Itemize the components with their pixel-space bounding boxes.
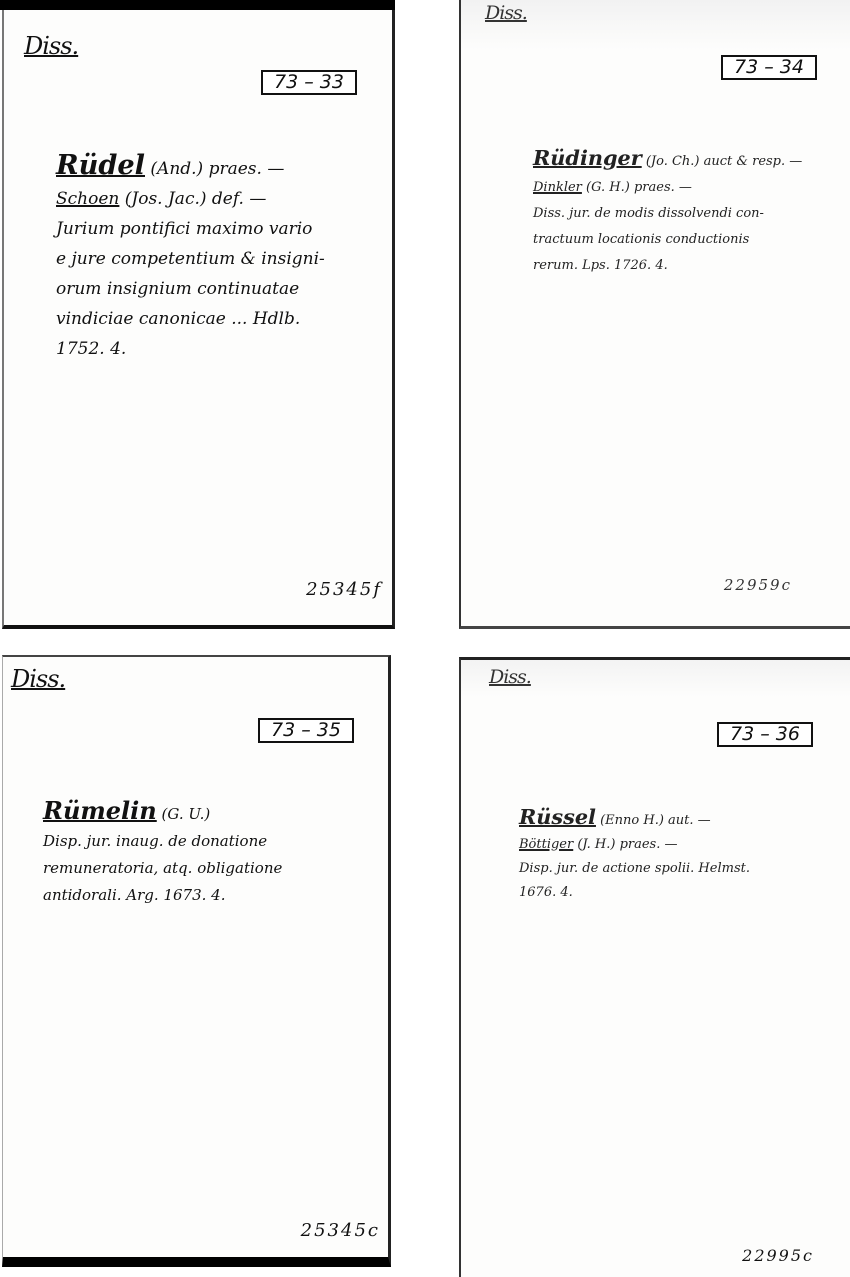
title-line: Disp. jur. de actione spolii. Helmst. (519, 857, 750, 881)
praeses-details: (J. H.) praes. — (573, 837, 677, 852)
category-label: Diss. (485, 2, 527, 24)
imprint-line: antidorali. Arg. 1673. 4. (43, 882, 282, 909)
author-details: (And.) praes. — (145, 159, 284, 179)
category-label: Diss. (489, 666, 531, 688)
title-line: tractuum locationis conductionis (533, 227, 802, 253)
catalog-card-73-34: Diss. 73 – 34 Rüdinger (Jo. Ch.) auct & … (459, 0, 850, 629)
entry-line-1: Rüssel (Enno H.) aut. — (519, 805, 750, 833)
author-details: (G. U.) (157, 805, 211, 823)
scan-top-edge (0, 0, 395, 10)
accession-number: 25345f (306, 579, 382, 600)
title-line: Jurium pontifici maximo vario (56, 214, 325, 244)
author-details: (Jo. Ch.) auct & resp. — (642, 154, 803, 169)
author-name: Rüdel (56, 149, 145, 181)
category-label: Diss. (24, 32, 78, 60)
entry-line-2: Böttiger (J. H.) praes. — (519, 833, 750, 857)
catalog-card-73-35: Diss. 73 – 35 Rümelin (G. U.) Disp. jur.… (2, 655, 391, 1267)
entry-line-2: Schoen (Jos. Jac.) def. — (56, 184, 325, 214)
respondent-details: (Jos. Jac.) def. — (119, 189, 266, 209)
category-label: Diss. (11, 665, 65, 693)
accession-number: 22959c (724, 576, 792, 594)
catalog-card-73-36: Diss. 73 – 36 Rüssel (Enno H.) aut. — Bö… (459, 657, 850, 1277)
author-name: Rüdinger (533, 145, 642, 170)
title-line: e jure competentium & insigni- (56, 244, 325, 274)
shelfmark-box: 73 – 36 (717, 722, 813, 747)
entry-line-1: Rüdinger (Jo. Ch.) auct & resp. — (533, 145, 802, 175)
entry-line-1: Rüdel (And.) praes. — (56, 150, 325, 184)
title-line: Diss. jur. de modis dissolvendi con- (533, 201, 802, 227)
title-line: orum insignium continuatae (56, 274, 325, 304)
author-details: (Enno H.) aut. — (596, 813, 711, 828)
catalog-entry: Rüssel (Enno H.) aut. — Böttiger (J. H.)… (519, 805, 750, 905)
entry-line-2: Dinkler (G. H.) praes. — (533, 175, 802, 201)
catalog-entry: Rüdel (And.) praes. — Schoen (Jos. Jac.)… (56, 150, 325, 364)
accession-number: 25345c (301, 1220, 380, 1241)
title-line: vindiciae canonicae ... Hdlb. (56, 304, 325, 334)
praeses-name: Böttiger (519, 837, 573, 852)
author-name: Rüssel (519, 804, 596, 829)
respondent-name: Schoen (56, 189, 119, 209)
entry-line-1: Rümelin (G. U.) (43, 797, 282, 828)
praeses-details: (G. H.) praes. — (582, 180, 692, 195)
catalog-card-73-33: Diss. 73 – 33 Rüdel (And.) praes. — Scho… (2, 10, 395, 629)
imprint-line: 1752. 4. (56, 334, 325, 364)
shelfmark-box: 73 – 33 (261, 70, 357, 95)
title-line: Disp. jur. inaug. de donatione (43, 828, 282, 855)
accession-number: 22995c (742, 1246, 814, 1265)
author-name: Rümelin (43, 796, 157, 825)
catalog-entry: Rüdinger (Jo. Ch.) auct & resp. — Dinkle… (533, 145, 802, 279)
catalog-entry: Rümelin (G. U.) Disp. jur. inaug. de don… (43, 797, 282, 909)
title-line: remuneratoria, atq. obligatione (43, 855, 282, 882)
praeses-name: Dinkler (533, 180, 582, 195)
shelfmark-box: 73 – 35 (258, 718, 354, 743)
imprint-line: 1676. 4. (519, 881, 750, 905)
imprint-line: rerum. Lps. 1726. 4. (533, 253, 802, 279)
shelfmark-box: 73 – 34 (721, 55, 817, 80)
